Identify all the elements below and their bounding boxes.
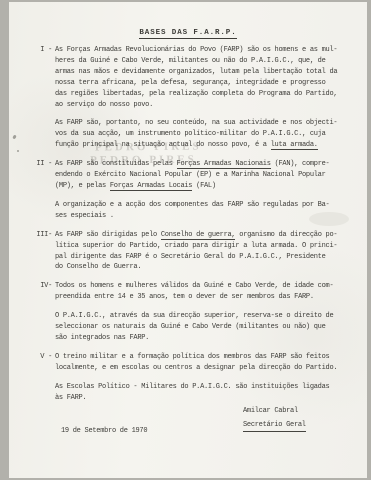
section-numeral: V - <box>9 352 52 363</box>
signature-title: Secretário Geral <box>243 420 306 432</box>
text-run: As Forças Armadas Revolucionárias do Pov… <box>55 46 337 54</box>
text-run: do Conselho de Guerra. <box>55 263 141 271</box>
text-run: O treino militar e a formação política d… <box>55 353 329 361</box>
text-run: preendida entre 14 e 35 anos, tem o deve… <box>55 293 314 301</box>
text-line: ao serviço do nosso povo. <box>55 100 347 111</box>
text-run: (FAL) <box>192 182 216 190</box>
paragraph: O P.A.I.G.C., através da sua direcção su… <box>55 311 347 344</box>
text-run: pal dirigente das FARP é o Secretário Ge… <box>55 253 326 261</box>
underlined-text: Forças Armadas Nacionais <box>177 160 271 169</box>
section: V -O treino militar e a formação polític… <box>9 352 367 404</box>
paragraph: Todos os homens e mulheres válidos da Gu… <box>55 281 347 303</box>
text-run: endendo o Exército Nacional Popular (EP)… <box>55 171 326 179</box>
paragraph: O treino militar e a formação política d… <box>55 352 347 374</box>
text-line: armas nas mãos e devidamente organizados… <box>55 67 347 78</box>
text-run: lítica superior do Partido, criado para … <box>55 242 337 250</box>
text-line: às FARP. <box>55 393 347 404</box>
text-line: localmente, e em escolas ou centros a de… <box>55 363 347 374</box>
scanned-document-view: PEDRO PIRES PEDRO PIRES BASES DAS F.A.R.… <box>0 0 371 480</box>
text-line: ses especiais . <box>55 211 347 222</box>
text-run: As FARP são constituidas pelas <box>55 160 177 168</box>
paragraph: As FARP são constituidas pelas Forças Ar… <box>55 159 347 192</box>
text-line: As FARP são, portanto, no seu conteúdo, … <box>55 118 347 129</box>
paragraph: As Forças Armadas Revolucionárias do Pov… <box>55 45 347 110</box>
text-line: lítica superior do Partido, criado para … <box>55 241 347 252</box>
text-run: são integrados nas FARP. <box>55 334 149 342</box>
text-run: nossa terra africana, pela defesa, segur… <box>55 79 326 87</box>
text-run: vos da sua acção, um instrumento polític… <box>55 130 326 138</box>
text-line: pal dirigente das FARP é o Secretário Ge… <box>55 252 347 263</box>
text-run: ao serviço do nosso povo. <box>55 101 153 109</box>
text-line: heres da Guiné e Cabo Verde, militantes … <box>55 56 347 67</box>
text-run: As FARP são, portanto, no seu conteúdo, … <box>55 119 337 127</box>
text-run: A organização e a acção dos componentes … <box>55 201 329 209</box>
text-line: função principal na situação actual do n… <box>55 140 347 151</box>
paragraph: As FARP são dirigidas pelo Conselho de g… <box>55 230 347 274</box>
paragraph: A organização e a acção dos componentes … <box>55 200 347 222</box>
section: II -As FARP são constituidas pelas Força… <box>9 159 367 222</box>
underlined-text: Conselho de guerra, <box>161 231 236 240</box>
text-run: Todos os homens e mulheres válidos da Gu… <box>55 282 333 290</box>
text-line: das regiões libertadas, pela realização … <box>55 89 347 100</box>
ink-speck <box>17 150 19 152</box>
section-numeral: IV- <box>9 281 52 292</box>
text-line: As FARP são constituidas pelas Forças Ar… <box>55 159 347 170</box>
text-line: endendo o Exército Nacional Popular (EP)… <box>55 170 347 181</box>
text-run: heres da Guiné e Cabo Verde, militantes … <box>55 57 326 65</box>
document-sections: I -As Forças Armadas Revolucionárias do … <box>9 45 367 403</box>
text-line: As FARP são dirigidas pelo Conselho de g… <box>55 230 347 241</box>
text-run: armas nas mãos e devidamente organizados… <box>55 68 337 76</box>
text-run: (MP), e pelas <box>55 182 110 190</box>
section-numeral: II - <box>9 159 52 170</box>
paper-stain <box>309 212 349 226</box>
text-line: As Forças Armadas Revolucionárias do Pov… <box>55 45 347 56</box>
text-run: às FARP. <box>55 394 86 402</box>
text-line: do Conselho de Guerra. <box>55 262 347 273</box>
underlined-text: luta armada. <box>271 141 318 150</box>
document-title-row: BASES DAS F.A.R.P. <box>9 2 367 33</box>
text-line: As Escolas Político - Militares do P.A.I… <box>55 382 347 393</box>
text-run: As FARP são dirigidas pelo <box>55 231 161 239</box>
underlined-text: Forças Armadas Locais <box>110 182 192 191</box>
signature-block: Amilcar Cabral Secretário Geral <box>243 406 306 432</box>
text-run: O P.A.I.G.C., através da sua direcção su… <box>55 312 333 320</box>
text-run: seleccionar os naturais da Guiné e Cabo … <box>55 323 326 331</box>
paragraph: As Escolas Político - Militares do P.A.I… <box>55 382 347 404</box>
text-run: organismo da direcção po- <box>235 231 337 239</box>
signature-name: Amilcar Cabral <box>243 406 306 417</box>
text-line: são integrados nas FARP. <box>55 333 347 344</box>
text-run: das regiões libertadas, pela realização … <box>55 90 337 98</box>
section: I -As Forças Armadas Revolucionárias do … <box>9 45 367 151</box>
section-numeral: I - <box>9 45 52 56</box>
text-line: preendida entre 14 e 35 anos, tem o deve… <box>55 292 347 303</box>
text-run: (FAN), compre- <box>271 160 330 168</box>
paragraph: As FARP são, portanto, no seu conteúdo, … <box>55 118 347 151</box>
text-line: seleccionar os naturais da Guiné e Cabo … <box>55 322 347 333</box>
text-run: função principal na situação actual do n… <box>55 141 271 149</box>
text-run: As Escolas Político - Militares do P.A.I… <box>55 383 329 391</box>
section: III-As FARP são dirigidas pelo Conselho … <box>9 230 367 274</box>
text-line: Todos os homens e mulheres válidos da Gu… <box>55 281 347 292</box>
text-run: ses especiais . <box>55 212 114 220</box>
document-page: PEDRO PIRES PEDRO PIRES BASES DAS F.A.R.… <box>9 2 367 478</box>
text-line: vos da sua acção, um instrumento polític… <box>55 129 347 140</box>
text-line: O P.A.I.G.C., através da sua direcção su… <box>55 311 347 322</box>
text-line: (MP), e pelas Forças Armadas Locais (FAL… <box>55 181 347 192</box>
document-date: 19 de Setembro de 1970 <box>61 427 147 435</box>
text-run: localmente, e em escolas ou centros a de… <box>55 364 337 372</box>
section: IV-Todos os homens e mulheres válidos da… <box>9 281 367 344</box>
section-numeral: III- <box>9 230 52 241</box>
document-title: BASES DAS F.A.R.P. <box>139 29 236 39</box>
text-line: A organização e a acção dos componentes … <box>55 200 347 211</box>
text-line: nossa terra africana, pela defesa, segur… <box>55 78 347 89</box>
text-line: O treino militar e a formação política d… <box>55 352 347 363</box>
